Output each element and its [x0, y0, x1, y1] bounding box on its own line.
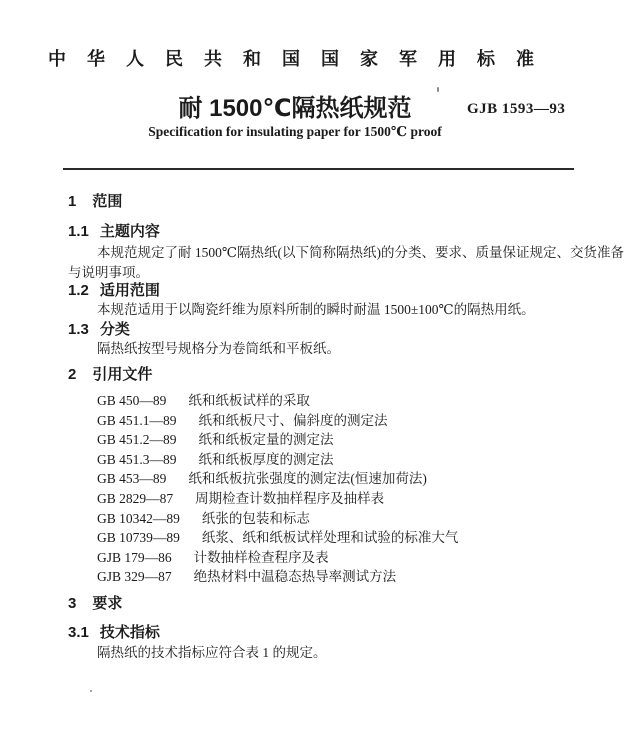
scanned-document-page: 中 华 人 民 共 和 国 国 家 军 用 标 准 耐 1500℃隔热纸规范 G…	[0, 0, 637, 737]
reference-title: 纸和纸板抗张强度的测定法(恒速加荷法)	[188, 471, 427, 486]
reference-code: GB 453—89	[97, 471, 166, 486]
reference-code: GB 451.1—89	[97, 413, 177, 428]
section-1-title: 范围	[92, 193, 122, 210]
clause-3-1-text: 隔热纸的技术指标应符合表 1 的规定。	[68, 641, 327, 661]
clause-1-2-title: 适用范围	[100, 282, 160, 299]
reference-code: GB 451.2—89	[97, 432, 177, 447]
list-item: GJB 179—86计数抽样检查程序及表	[97, 546, 458, 566]
reference-title: 计数抽样检查程序及表	[194, 550, 329, 565]
clause-1-1-text-line-2: 与说明事项。	[68, 261, 149, 281]
scan-speck	[405, 112, 408, 114]
clause-1-3-title: 分类	[100, 321, 130, 338]
list-item: GB 10739—89纸浆、纸和纸板试样处理和试验的标准大气	[97, 526, 458, 546]
reference-title: 纸和纸板试样的采取	[188, 393, 310, 408]
scan-speck	[90, 690, 92, 692]
reference-title: 纸张的包装和标志	[202, 511, 310, 526]
list-item: GB 10342—89纸张的包装和标志	[97, 507, 458, 527]
clause-3-1-number: 3.1	[68, 624, 89, 641]
clause-1-1-heading: 1.1主题内容	[68, 220, 160, 241]
scan-speck	[437, 87, 439, 92]
section-2-number: 2	[68, 366, 76, 383]
clause-1-2-heading: 1.2适用范围	[68, 279, 160, 300]
header-divider-rule	[63, 168, 574, 170]
list-item: GB 451.1—89纸和纸板尺寸、偏斜度的测定法	[97, 409, 458, 429]
reference-code: GB 450—89	[97, 393, 166, 408]
section-3-title: 要求	[92, 595, 122, 612]
clause-1-3-heading: 1.3分类	[68, 318, 130, 339]
reference-title: 纸和纸板厚度的测定法	[199, 452, 334, 467]
standard-name-header: 中 华 人 民 共 和 国 国 家 军 用 标 准	[0, 45, 590, 71]
clause-1-3-number: 1.3	[68, 321, 89, 338]
section-1-number: 1	[68, 193, 76, 210]
reference-title: 绝热材料中温稳态热导率测试方法	[194, 569, 397, 584]
list-item: GB 450—89纸和纸板试样的采取	[97, 389, 458, 409]
reference-code: GJB 329—87	[97, 569, 172, 584]
clause-1-1-number: 1.1	[68, 223, 89, 240]
reference-title: 纸浆、纸和纸板试样处理和试验的标准大气	[202, 530, 459, 545]
clause-1-2-number: 1.2	[68, 282, 89, 299]
list-item: GB 453—89纸和纸板抗张强度的测定法(恒速加荷法)	[97, 467, 458, 487]
section-3-number: 3	[68, 595, 76, 612]
referenced-documents-list: GB 450—89纸和纸板试样的采取 GB 451.1—89纸和纸板尺寸、偏斜度…	[97, 389, 458, 585]
clause-1-3-text: 隔热纸按型号规格分为卷筒纸和平板纸。	[68, 337, 340, 357]
reference-code: GB 2829—87	[97, 491, 173, 506]
clause-3-1-title: 技术指标	[100, 624, 160, 641]
reference-code: GB 10739—89	[97, 530, 180, 545]
reference-title: 纸和纸板定量的测定法	[199, 432, 334, 447]
section-2-heading: 2引用文件	[68, 363, 152, 384]
section-1-heading: 1范围	[68, 190, 122, 211]
list-item: GB 451.3—89纸和纸板厚度的测定法	[97, 448, 458, 468]
reference-title: 周期检查计数抽样程序及抽样表	[195, 491, 384, 506]
clause-1-2-text: 本规范适用于以陶瓷纤维为原料所制的瞬时耐温 1500±100℃的隔热用纸。	[68, 298, 535, 318]
standard-number: GJB 1593—93	[467, 101, 565, 118]
reference-code: GJB 179—86	[97, 550, 172, 565]
clause-3-1-heading: 3.1技术指标	[68, 621, 160, 642]
list-item: GJB 329—87绝热材料中温稳态热导率测试方法	[97, 565, 458, 585]
reference-code: GB 451.3—89	[97, 452, 177, 467]
reference-code: GB 10342—89	[97, 511, 180, 526]
list-item: GB 451.2—89纸和纸板定量的测定法	[97, 428, 458, 448]
section-2-title: 引用文件	[92, 366, 152, 383]
clause-1-1-title: 主题内容	[100, 223, 160, 240]
section-3-heading: 3要求	[68, 592, 122, 613]
list-item: GB 2829—87周期检查计数抽样程序及抽样表	[97, 487, 458, 507]
clause-1-1-text-line-1: 本规范规定了耐 1500℃隔热纸(以下简称隔热纸)的分类、要求、质量保证规定、交…	[68, 241, 624, 261]
reference-title: 纸和纸板尺寸、偏斜度的测定法	[199, 413, 388, 428]
document-subtitle-english: Specification for insulating paper for 1…	[0, 124, 590, 140]
